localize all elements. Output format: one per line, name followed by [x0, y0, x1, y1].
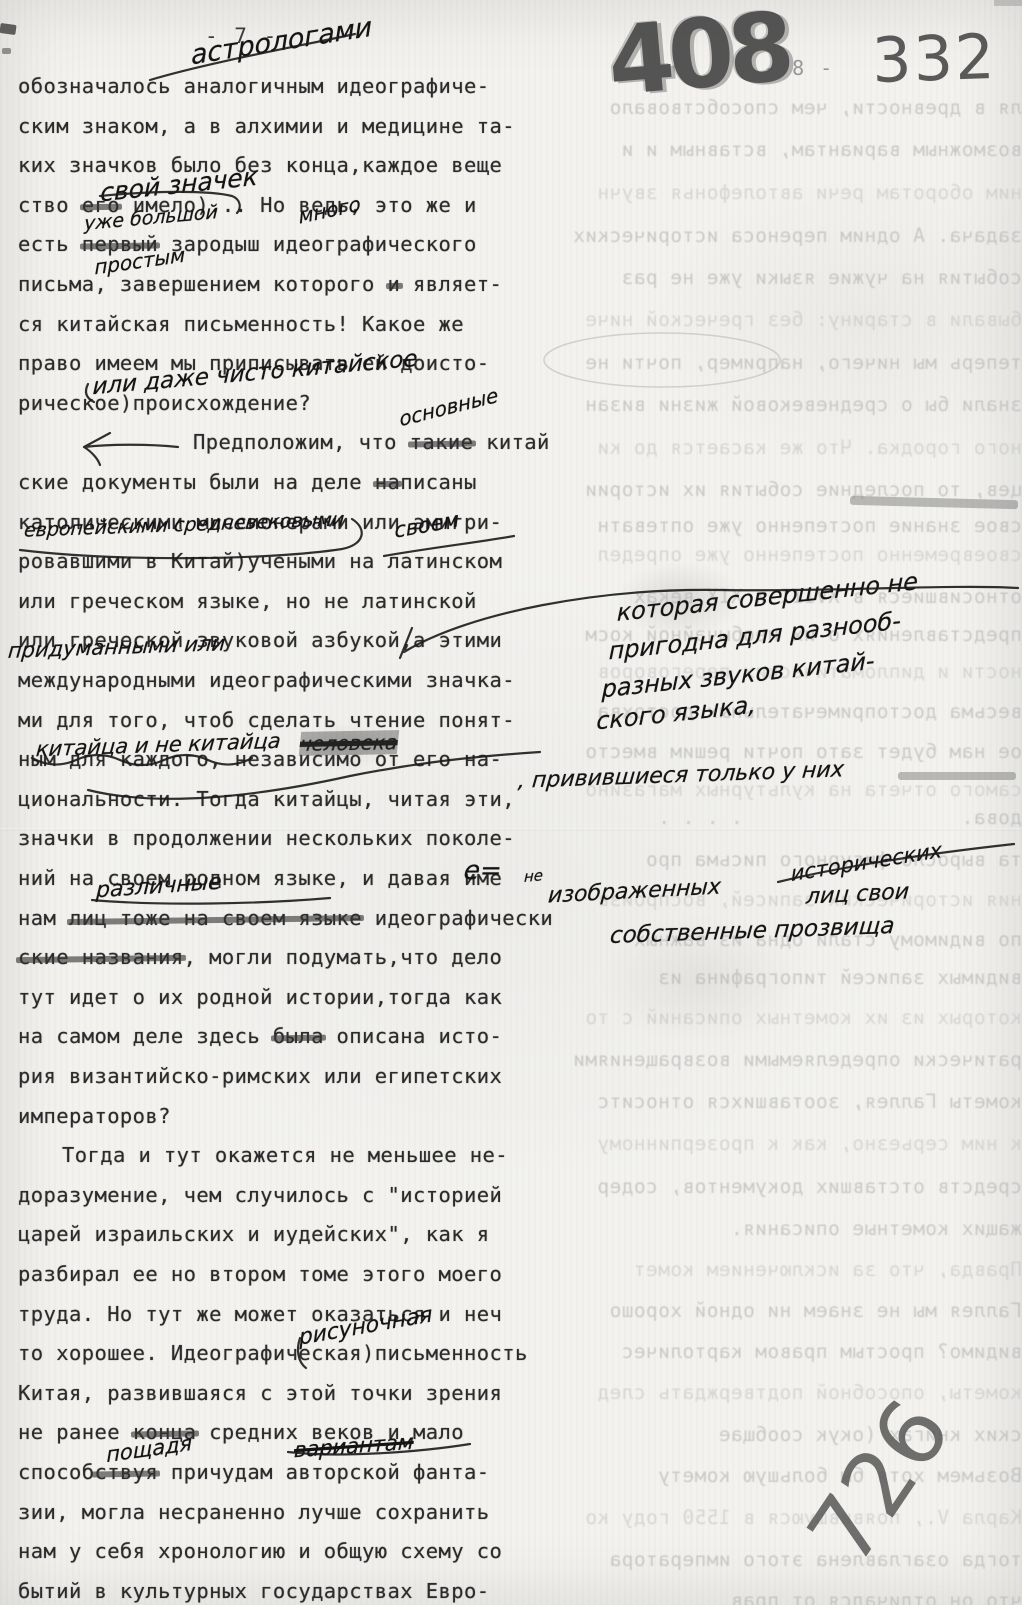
handwritten-annotation: астрологами: [191, 12, 373, 72]
handwritten-annotation: рисуночная: [298, 1302, 433, 1351]
handwritten-annotation: свой значек: [100, 162, 258, 208]
handwritten-annotation: исторических: [791, 838, 943, 886]
handwritten-annotation: своем: [394, 507, 460, 543]
handwritten-annotation: пощадя: [106, 1431, 192, 1467]
handwritten-annotation: , привившиеся только у них: [517, 757, 845, 793]
handwritten-annotation: человека: [299, 730, 399, 756]
handwritten-annotation: европейскими средневековыми: [23, 508, 345, 541]
handwritten-annotation: или даже чисто китайское: [92, 346, 418, 401]
handwritten-annotation: не: [524, 866, 544, 886]
manuscript-page: ля в древности, чем способствоваловозмож…: [0, 0, 1022, 1605]
handwritten-annotation: придуманными или: [7, 631, 226, 663]
handwritten-annotation: е=: [462, 856, 503, 886]
handwriting-layer: астрологамисвой значекуже большоймногопр…: [0, 0, 1022, 1605]
handwritten-annotation: вариантам: [294, 1430, 415, 1463]
handwritten-annotation: собственные прозвища: [609, 913, 896, 949]
handwritten-annotation: различные: [95, 870, 222, 904]
handwritten-annotation: много: [298, 191, 362, 228]
handwritten-annotation: китайца и не китайца: [35, 729, 282, 762]
handwritten-annotation: лиц свои: [805, 879, 910, 910]
handwritten-annotation: простым: [94, 243, 185, 280]
handwritten-annotation: изображенных: [547, 874, 722, 908]
handwritten-annotation: основные: [398, 383, 499, 432]
